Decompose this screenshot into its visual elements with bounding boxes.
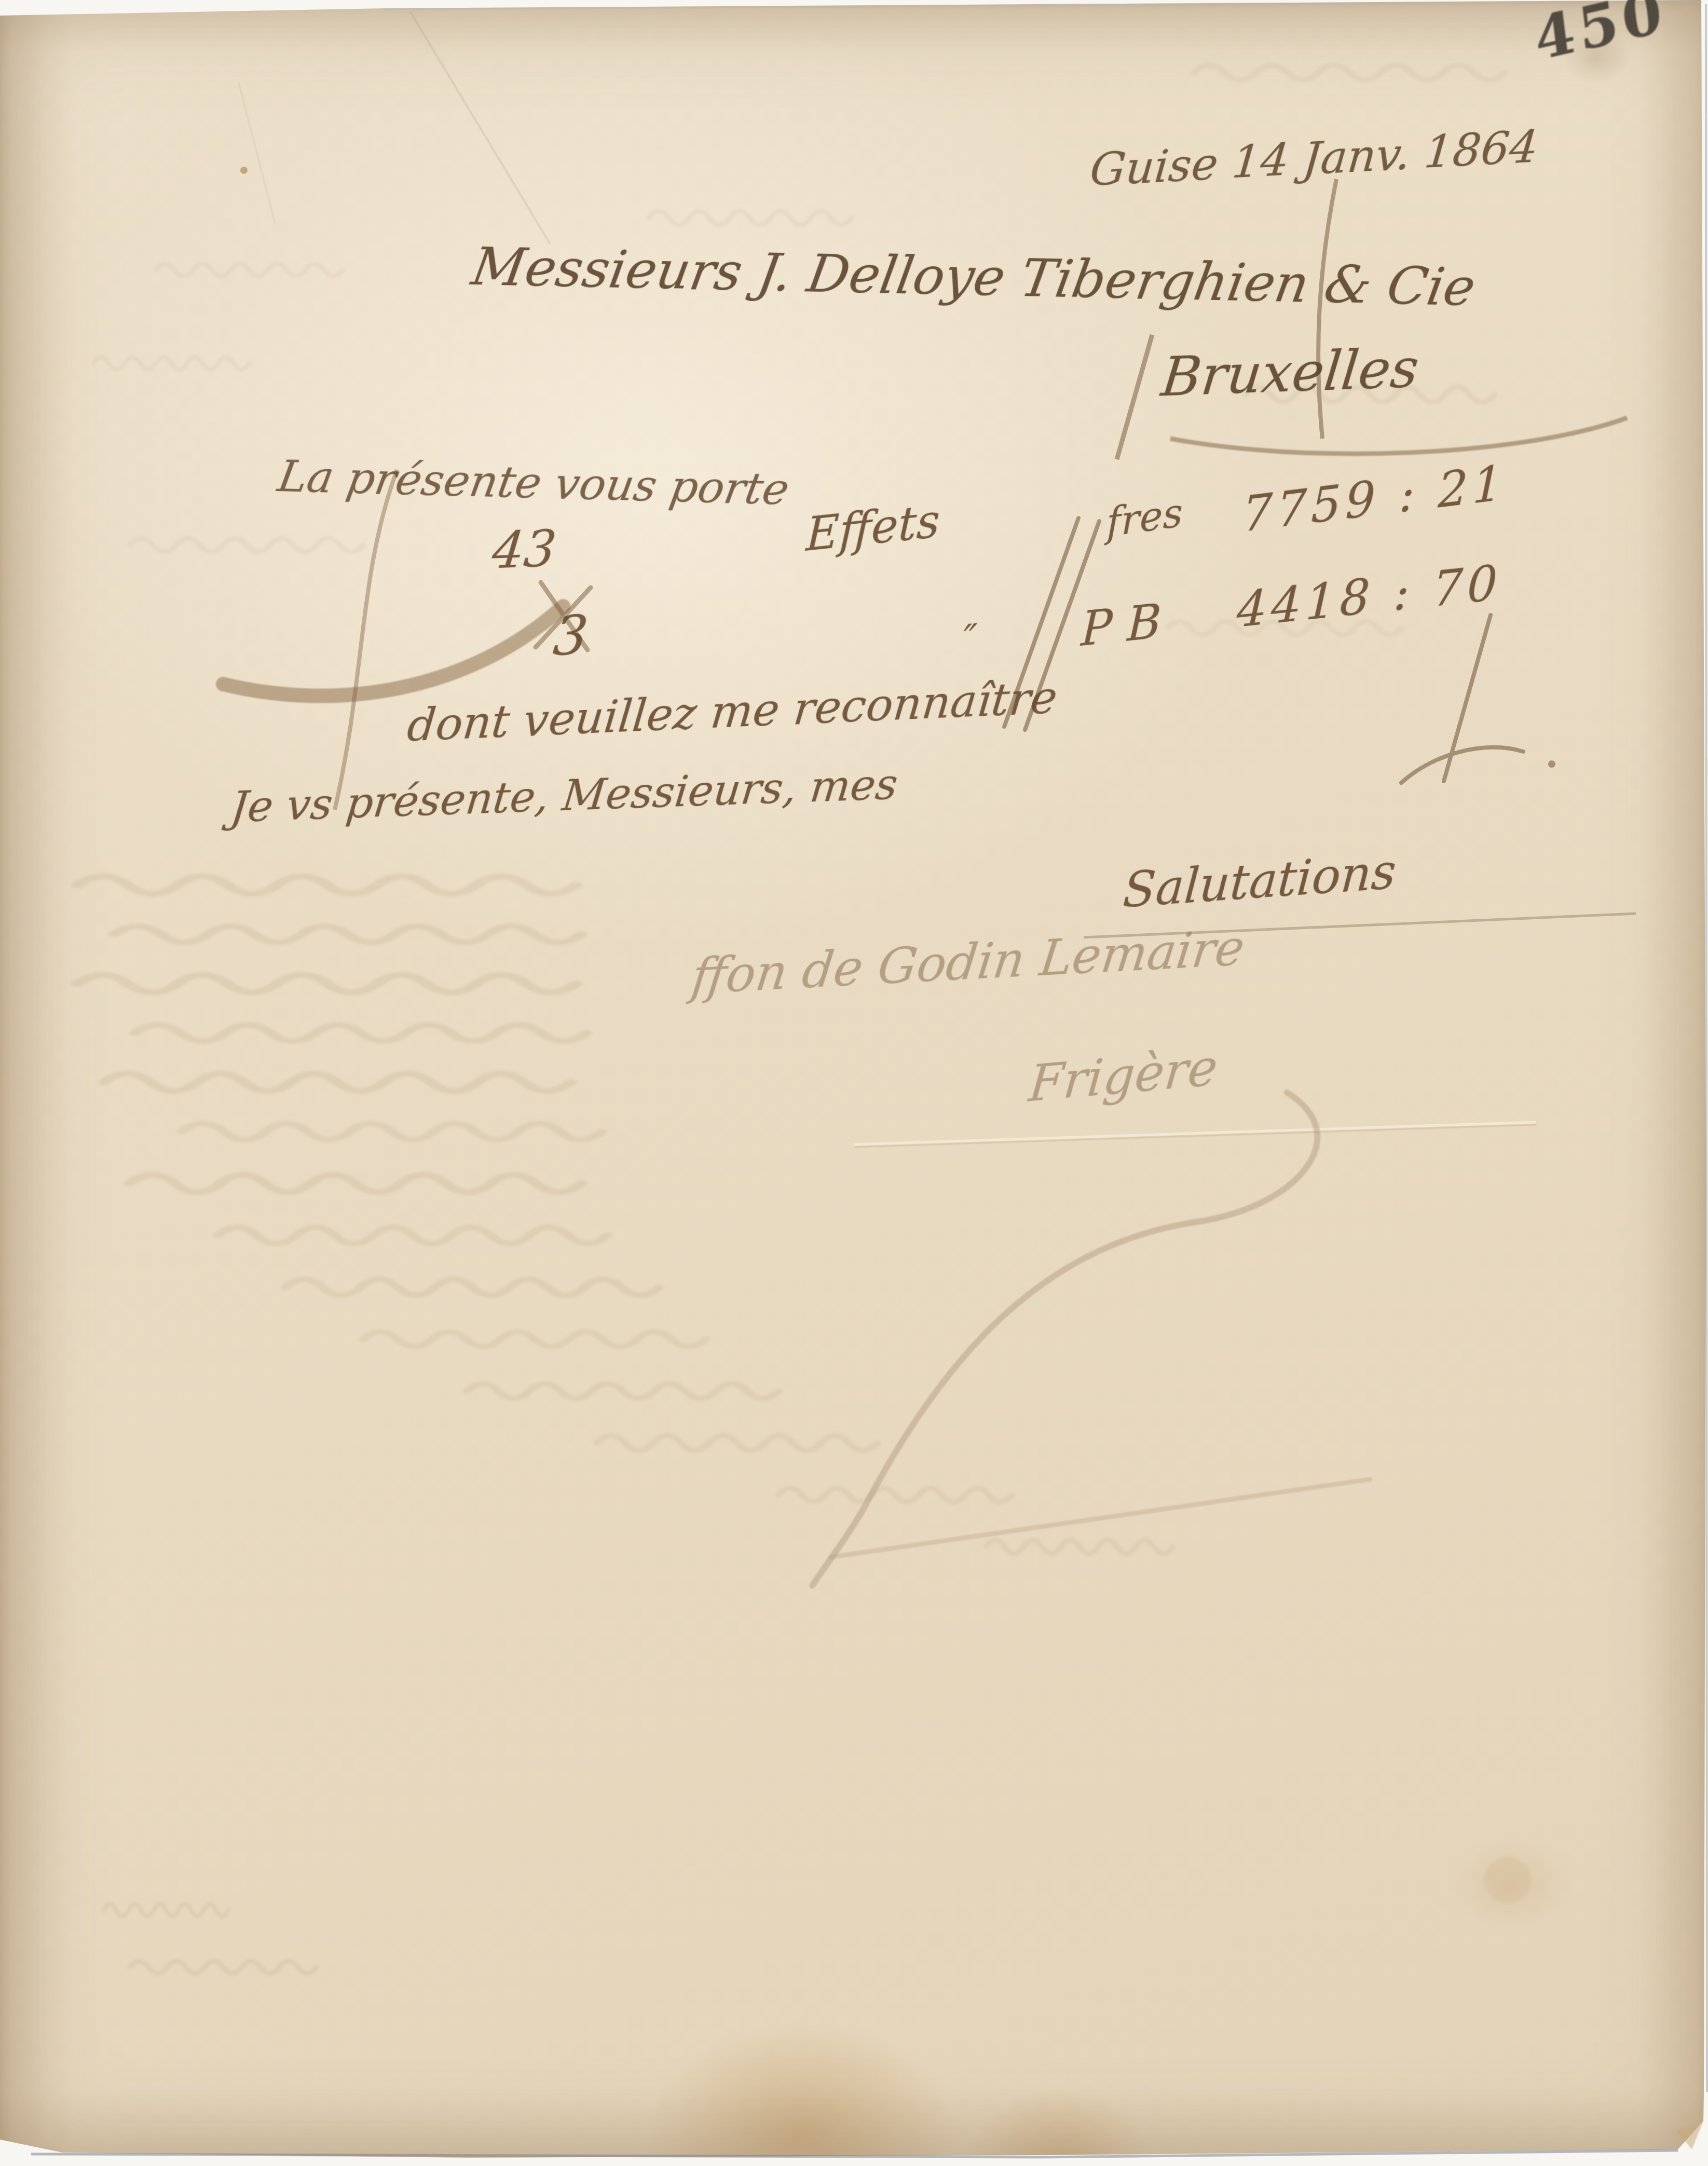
letter-paper — [0, 0, 1708, 2166]
recipient-line-2: Bruxelles — [1158, 336, 1422, 409]
scanned-letter: 450 Guise 14 Janv. 1864 Messieurs J. Del… — [0, 0, 1708, 2166]
row2-quantity: 3 — [551, 603, 591, 669]
row2-item-ditto: ″ — [962, 616, 978, 661]
row1-quantity: 43 — [489, 520, 559, 580]
paper-right-edge-line — [1706, 4, 1707, 2092]
row2-currency: P B — [1080, 594, 1162, 657]
